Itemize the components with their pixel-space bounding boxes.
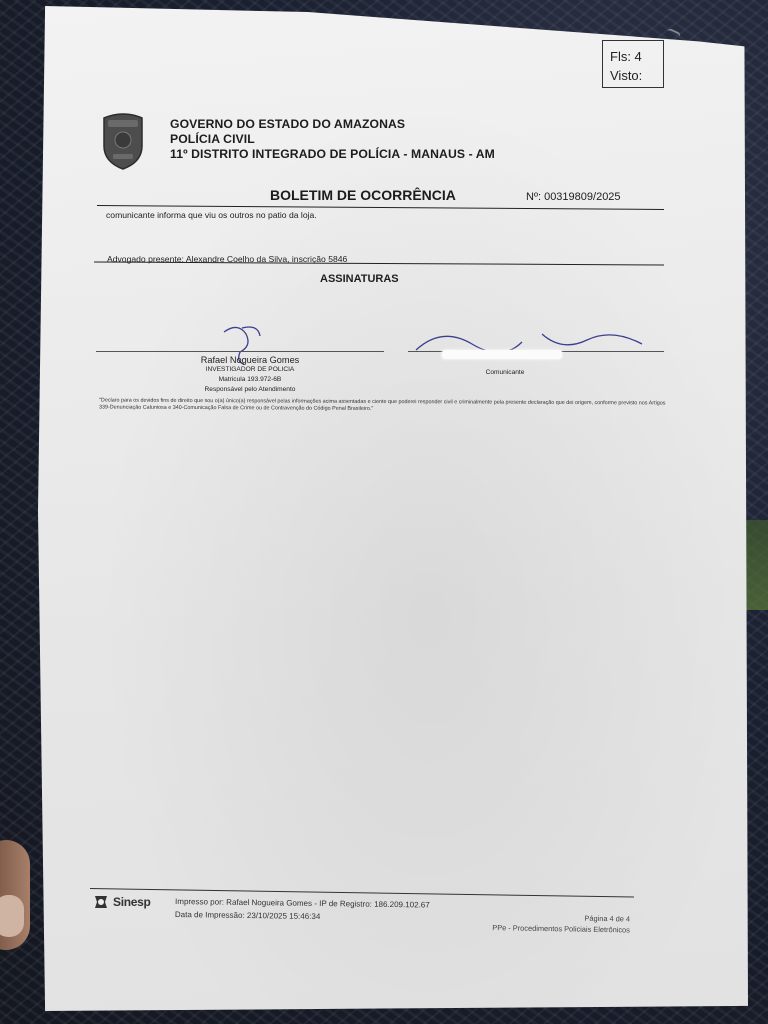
document-header: GOVERNO DO ESTADO DO AMAZONAS POLÍCIA CI… — [170, 117, 495, 162]
officer-signature-line — [96, 351, 384, 352]
officer-responsibility: Responsável pelo Atendimento — [150, 385, 350, 395]
report-number: Nº: 00319809/2025 — [526, 191, 621, 203]
redaction-bar — [442, 350, 562, 359]
fls-visto-box: Fls: 4 Visto: — [602, 40, 664, 88]
officer-name: Rafael Nogueira Gomes — [150, 355, 350, 365]
footer-print-info: Impresso por: Rafael Nogueira Gomes - IP… — [175, 895, 430, 925]
fls-label: Fls: 4 — [610, 47, 663, 66]
sinesp-logo-icon — [92, 893, 110, 911]
signatures-title: ASSINATURAS — [320, 273, 399, 285]
header-government: GOVERNO DO ESTADO DO AMAZONAS — [170, 117, 495, 132]
header-agency: POLÍCIA CIVIL — [170, 132, 495, 147]
sinesp-logo-text: Sinesp — [113, 895, 151, 909]
reporter-signature-block: Comunicante — [440, 368, 570, 378]
police-badge-icon — [100, 112, 146, 170]
footer-page-info: Página 4 de 4 PPe - Procedimentos Polici… — [460, 911, 630, 936]
narrative-text: comunicante informa que viu os outros no… — [106, 210, 317, 220]
officer-signature-block: Rafael Nogueira Gomes INVESTIGADOR DE PO… — [150, 355, 350, 395]
sinesp-logo: Sinesp — [92, 893, 151, 911]
visto-label: Visto: — [610, 66, 663, 85]
document-title: BOLETIM DE OCORRÊNCIA — [270, 187, 456, 203]
finger-nail — [0, 895, 24, 937]
header-district: 11º DISTRITO INTEGRADO DE POLÍCIA - MANA… — [170, 147, 495, 162]
reporter-role: Comunicante — [440, 368, 570, 378]
officer-registration: Matricula 193.972-6B — [150, 375, 350, 385]
officer-role: INVESTIGADOR DE POLICIA — [150, 365, 350, 375]
